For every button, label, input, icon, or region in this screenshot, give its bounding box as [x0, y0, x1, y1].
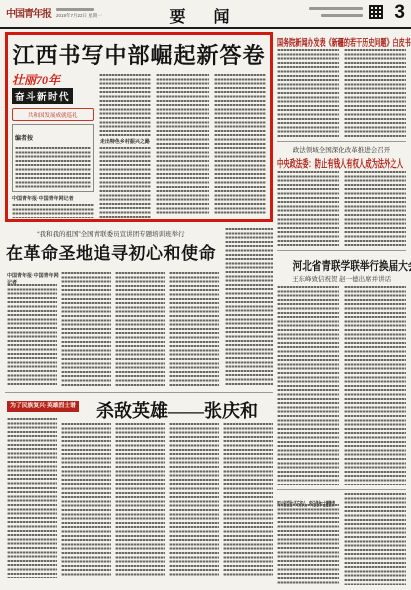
lead-headline: 江西书写中部崛起新答卷 [8, 39, 270, 70]
hero-headline: 杀敌英雄——张庆和 [83, 397, 271, 423]
lead-first-column: 壮丽70年 奋斗新时代 共和国发展成就巡礼 编者按 中国青年报·中国青年网记者 [12, 74, 94, 218]
headline-text: 国务院新闻办发表《新疆的若干历史问题》白皮书 [277, 35, 411, 49]
lead-article-box: 江西书写中部崛起新答卷 壮丽70年 奋斗新时代 共和国发展成就巡礼 编者按 中国… [5, 32, 273, 222]
text-column [344, 49, 406, 138]
badge-top-label: 壮丽70年 [12, 74, 94, 87]
text-column [277, 504, 339, 585]
qr-code [369, 5, 383, 19]
lead-byline: 中国青年报·中国青年网记者 [12, 195, 94, 202]
newspaper-page: 中国青年报 2019年7月22日 星期一 要 闻 3 江西书写中部崛起新答卷 壮… [0, 0, 411, 590]
editor-line [321, 14, 363, 17]
text-column [344, 171, 406, 246]
text-column [61, 423, 111, 578]
editor-note-box: 编者按 [12, 124, 94, 192]
text-column [15, 147, 91, 189]
right-article-2-kicker: 政法领域全国深化改革推进会召开 [277, 145, 406, 154]
right-column: 国务院新闻办发表《新疆的若干历史问题》白皮书 政法领域全国深化改革推进会召开 中… [277, 31, 406, 585]
text-column [12, 204, 94, 218]
contact-info-placeholder [309, 7, 363, 17]
text-column [169, 272, 219, 386]
text-column [277, 171, 339, 246]
text-column [225, 228, 273, 386]
headline-text: 河北省青联学联举行换届大会 [293, 257, 411, 274]
header-rule [0, 27, 411, 29]
article-divider [277, 141, 406, 142]
right-article-3-subline: 王东峰致信祝贺 赵一德出席并讲话 [277, 274, 406, 283]
lead-subhead: 走出特色乡村振兴之路 [99, 138, 151, 145]
right-article-2-headline: 中央政法委：防止有钱人有权人成为法外之人 [277, 154, 406, 167]
text-column [344, 286, 406, 485]
right-article-1-headline: 国务院新闻办发表《新疆的若干历史问题》白皮书 [277, 33, 406, 45]
text-column [277, 286, 339, 485]
contact-line [309, 7, 363, 10]
text-column [277, 49, 339, 138]
text-column [7, 284, 57, 386]
anniversary-badge: 壮丽70年 奋斗新时代 [12, 74, 94, 105]
text-column [99, 74, 151, 136]
text-column [214, 74, 266, 216]
text-column [61, 272, 111, 386]
page-number: 3 [394, 2, 405, 24]
text-column [169, 423, 219, 578]
center-headline: 在革命圣地追寻初心和使命 [5, 239, 217, 264]
badge-bottom-label: 奋斗新时代 [12, 88, 73, 104]
text-column [344, 493, 406, 585]
text-column [156, 74, 208, 216]
series-label: 共和国发展成就巡礼 [12, 108, 94, 121]
right-article-4-subhead: 四川省首批“不忘初心、牢记使命”主题教育 [277, 493, 339, 502]
right-article-3-headline: 河北省青联学联举行换届大会 [277, 257, 406, 272]
headline-text: 中央政法委：防止有钱人有权人成为法外之人 [277, 156, 403, 171]
lead-column-2: 走出特色乡村振兴之路 [99, 74, 151, 218]
text-column [7, 418, 57, 578]
center-kicker: “我和我的祖国”全国青联委员宣讲团专题培训班举行 [5, 229, 217, 238]
editor-note-label: 编者按 [15, 136, 33, 142]
article-divider [277, 250, 406, 251]
hero-article: 为了民族复兴·英雄烈士谱 杀敌英雄——张庆和 [5, 393, 273, 585]
article-divider [277, 489, 406, 490]
center-article: “我和我的祖国”全国青联委员宣讲团专题培训班举行 在革命圣地追寻初心和使命 中国… [5, 226, 273, 390]
text-column [99, 147, 151, 218]
text-column [223, 423, 273, 578]
hero-series-label: 为了民族复兴·英雄烈士谱 [7, 401, 79, 412]
text-column [115, 272, 165, 386]
text-column [115, 423, 165, 578]
